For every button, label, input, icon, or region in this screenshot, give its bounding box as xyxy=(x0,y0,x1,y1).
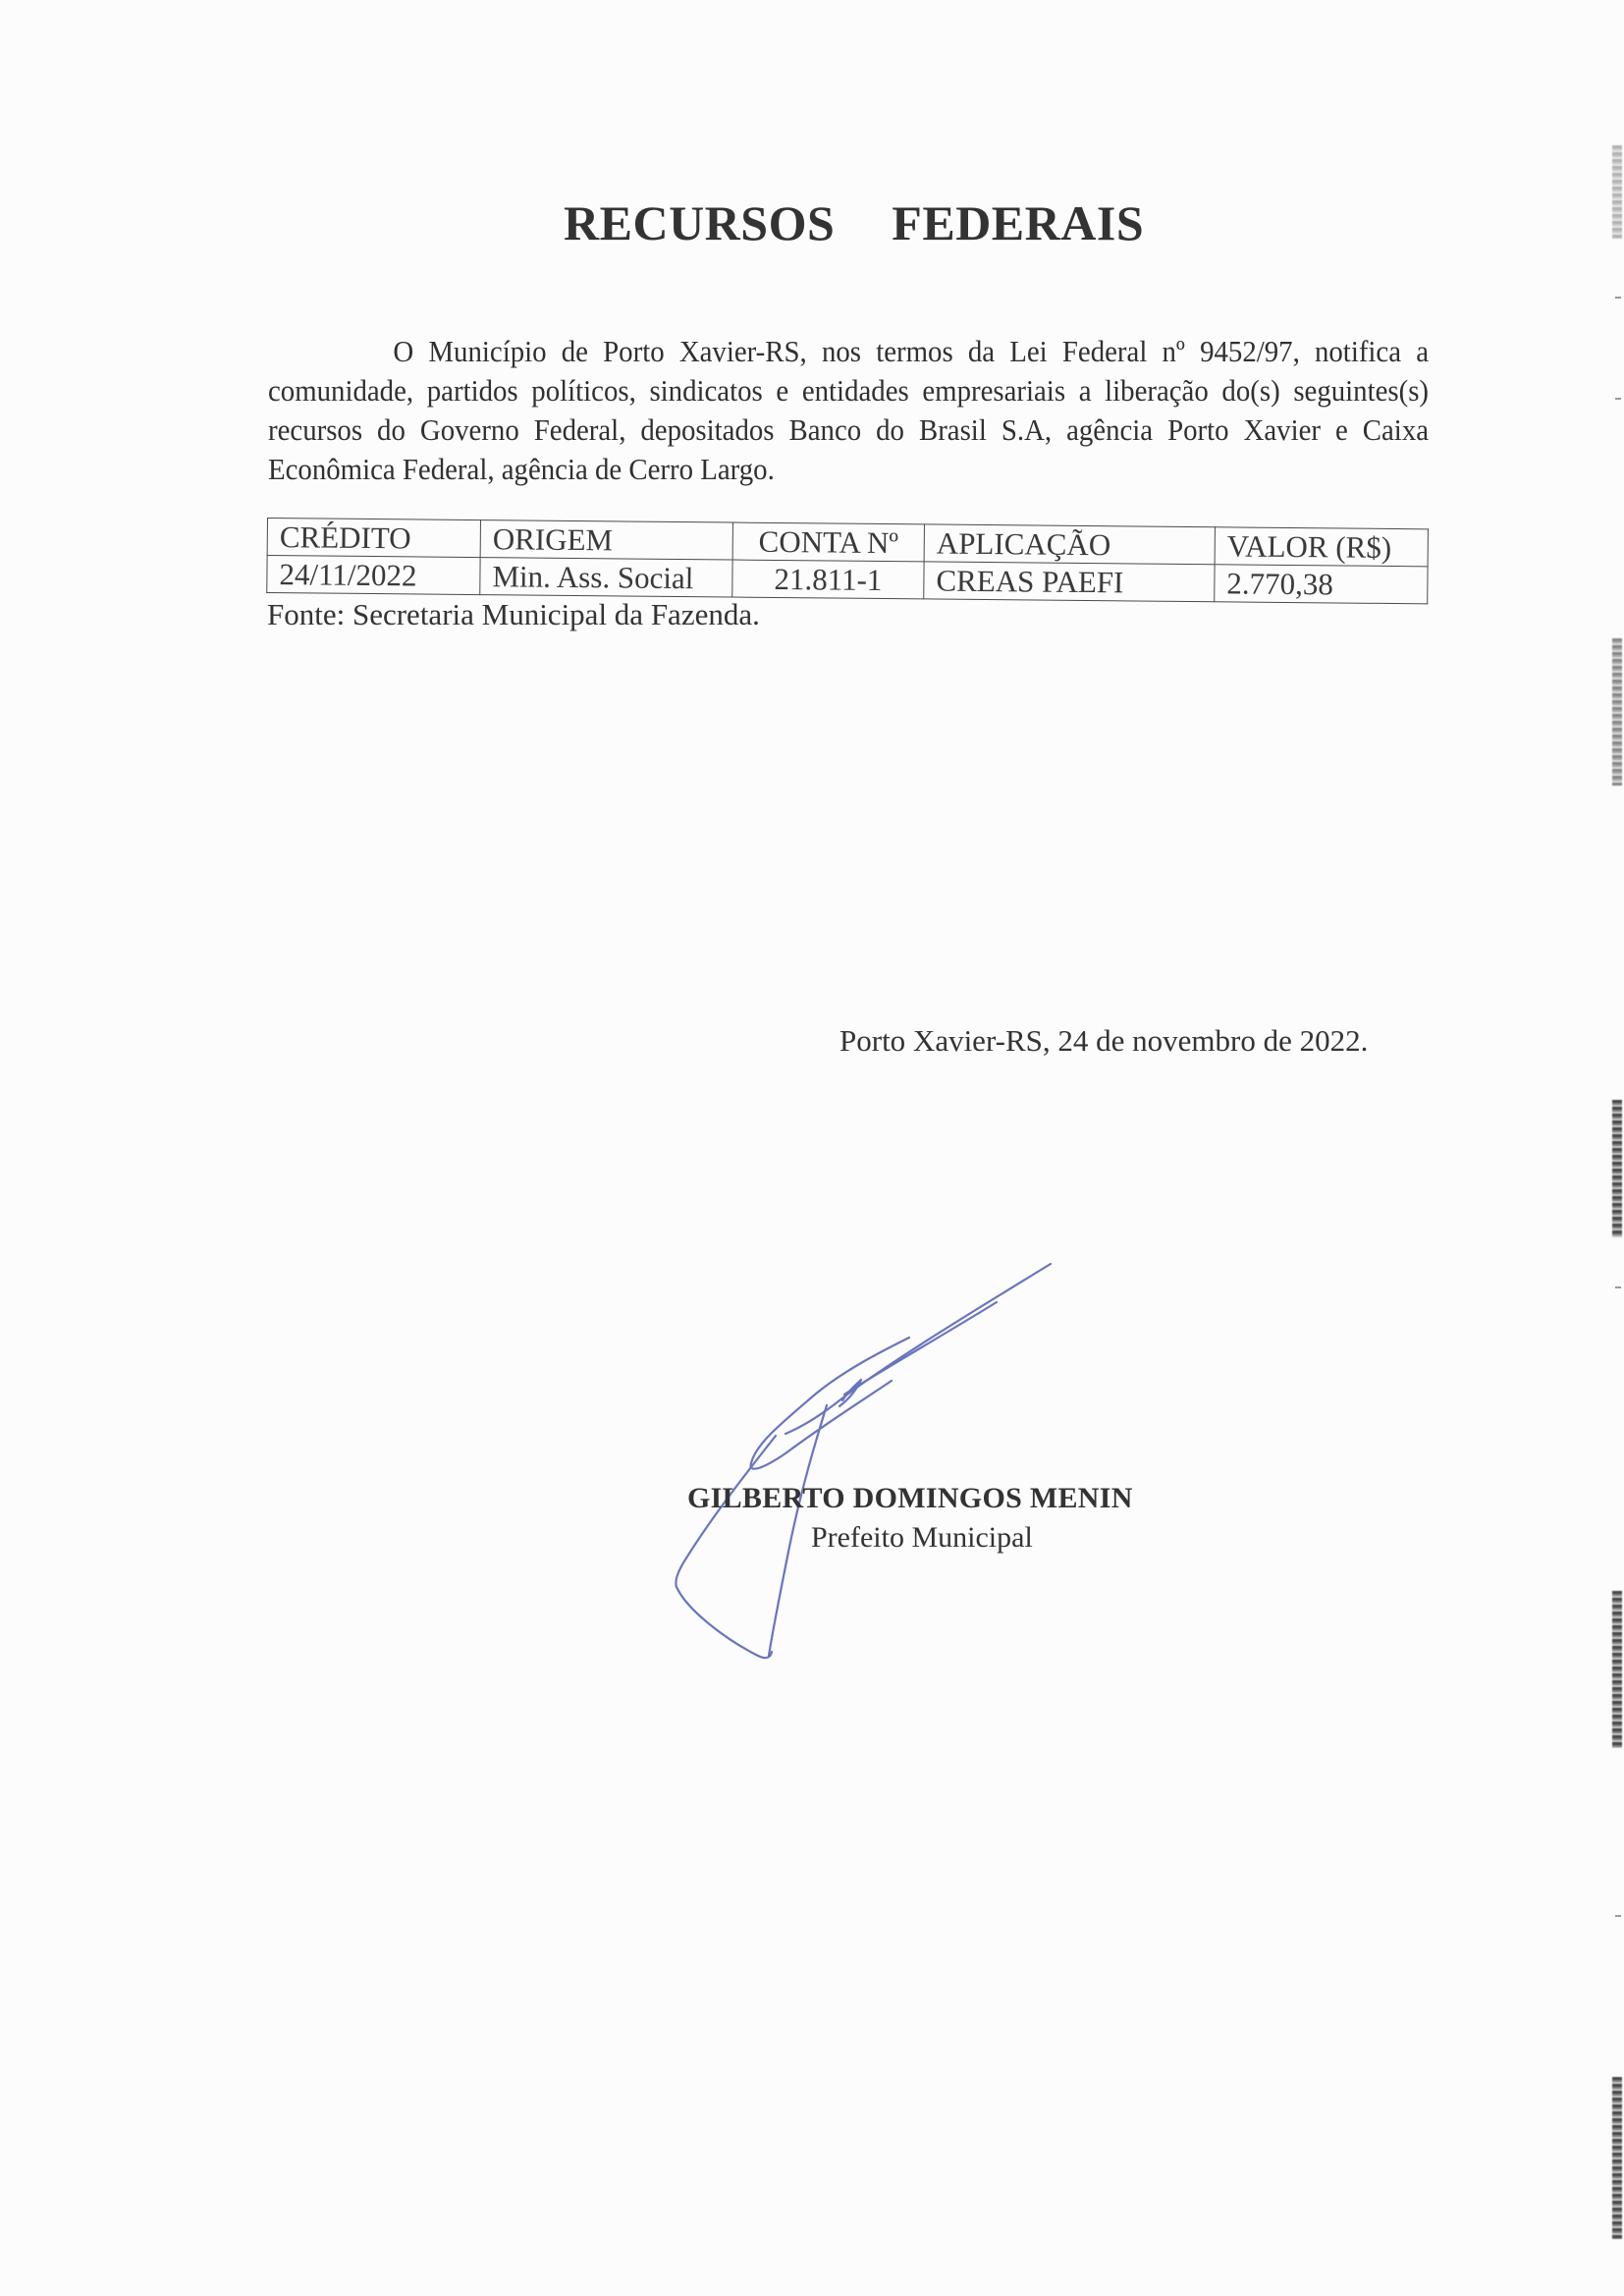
scan-edge-artifact xyxy=(1615,1286,1621,1288)
column-header-aplicacao: APLICAÇÃO xyxy=(924,524,1215,565)
scan-edge-artifact xyxy=(1612,638,1622,786)
signer-role: Prefeito Municipal xyxy=(811,1519,1033,1557)
cell-origin: Min. Ass. Social xyxy=(480,558,732,597)
cell-application: CREAS PAEFI xyxy=(924,562,1215,602)
signer-name: GILBERTO DOMINGOS MENIN xyxy=(687,1480,1133,1517)
cell-account-number: 21.811-1 xyxy=(732,560,924,599)
cell-credit-date: 24/11/2022 xyxy=(267,556,480,595)
title-word-2: FEDERAIS xyxy=(892,195,1144,250)
scan-edge-artifact xyxy=(1615,398,1621,400)
document-title: RECURSOSFEDERAIS xyxy=(564,192,1143,253)
scan-edge-artifact xyxy=(1615,297,1621,299)
source-note: Fonte: Secretaria Municipal da Fazenda. xyxy=(267,595,760,634)
place-and-date: Porto Xavier-RS, 24 de novembro de 2022. xyxy=(839,1021,1368,1061)
cell-amount: 2.770,38 xyxy=(1215,565,1428,604)
notice-paragraph-text: O Município de Porto Xavier-RS, nos term… xyxy=(268,334,1429,486)
notice-paragraph: O Município de Porto Xavier-RS, nos term… xyxy=(268,332,1429,489)
scan-edge-artifact xyxy=(1612,2077,1622,2239)
title-word-1: RECURSOS xyxy=(564,195,835,250)
scan-edge-artifact xyxy=(1612,145,1622,239)
column-header-valor: VALOR (R$) xyxy=(1215,527,1428,567)
column-header-origem: ORIGEM xyxy=(480,520,732,560)
scan-edge-artifact xyxy=(1612,1100,1622,1237)
federal-funds-table: CRÉDITO ORIGEM CONTA Nº APLICAÇÃO VALOR … xyxy=(266,518,1429,604)
column-header-credito: CRÉDITO xyxy=(267,519,480,558)
scan-edge-artifact xyxy=(1612,1591,1622,1748)
scan-edge-artifact xyxy=(1615,1915,1621,1917)
column-header-conta: CONTA Nº xyxy=(732,522,924,562)
scanned-document-page: RECURSOSFEDERAIS O Município de Porto Xa… xyxy=(0,0,1624,2296)
